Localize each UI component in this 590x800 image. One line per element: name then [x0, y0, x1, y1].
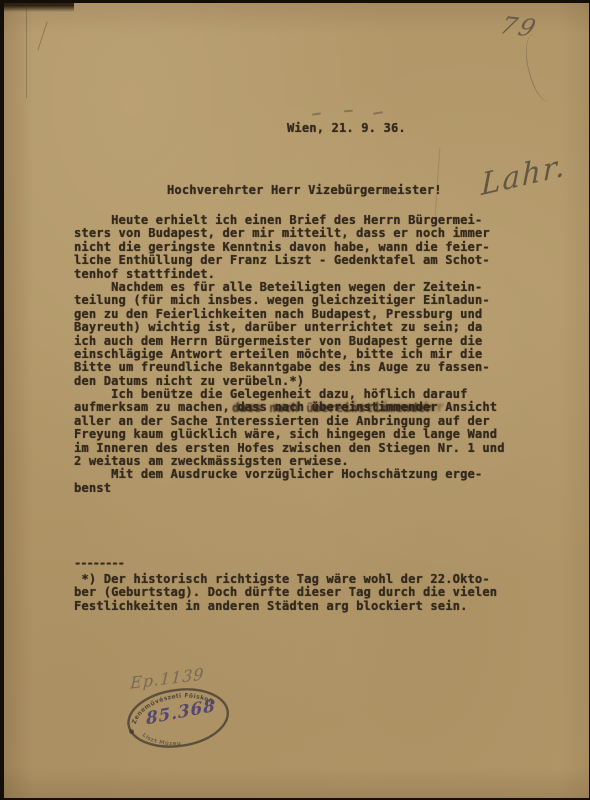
- pencil-tick: [312, 112, 321, 115]
- salutation: Hochverehrter Herr Vizebürgermeister!: [167, 183, 442, 197]
- pencil-tick: [344, 110, 353, 113]
- overstruck-text-ghost: dass nach übereinstimmender: [233, 400, 444, 414]
- typed-line: ich auch dem Herrn Bürgermeister von Bud…: [74, 335, 505, 348]
- typed-line: Festlichkeiten in anderen Städten arg bl…: [74, 600, 497, 613]
- footnote: *) Der historisch richtigste Tag wäre wo…: [74, 573, 497, 613]
- paper-scratch: [37, 22, 47, 51]
- scanned-letter: 79 Wien, 21. 9. 36. Hochverehrter Herr V…: [0, 0, 590, 800]
- scan-edge-shadow: [4, 3, 74, 12]
- pencil-tick: [373, 111, 383, 115]
- typed-line: benst: [74, 482, 505, 495]
- paper-crease: [26, 3, 27, 98]
- footnote-rule: --------: [74, 556, 124, 570]
- typed-line: Bayreuth) wichtig ist, darüber unterrich…: [74, 321, 505, 334]
- pencil-stroke: [520, 31, 563, 105]
- typed-line: Freyung kaum glücklich wäre, sich hingeg…: [74, 428, 505, 441]
- typed-line: teilung (für mich insbes. wegen gleichze…: [74, 294, 505, 307]
- letter-body: Heute erhielt ich einen Brief des Herrn …: [74, 214, 505, 495]
- typed-line: liche Enthüllung der Franz Liszt - Geden…: [74, 254, 505, 267]
- paper-crease: [435, 148, 441, 216]
- typed-line: ber (Geburtstag). Doch dürfte dieser Tag…: [74, 586, 497, 599]
- paper-sheet: 79 Wien, 21. 9. 36. Hochverehrter Herr V…: [4, 3, 589, 798]
- typed-line: tenhof stattfindet.: [74, 268, 505, 281]
- typed-line: Bitte um freundliche Bekanntgabe des ins…: [74, 361, 505, 374]
- typed-line: Mit dem Ausdrucke vorzüglicher Hochschät…: [74, 468, 505, 481]
- typed-line: sters von Budapest, der mir mitteilt, da…: [74, 227, 505, 240]
- handwritten-name-annotation: Lahr.: [481, 148, 567, 204]
- dateline: Wien, 21. 9. 36.: [287, 121, 406, 135]
